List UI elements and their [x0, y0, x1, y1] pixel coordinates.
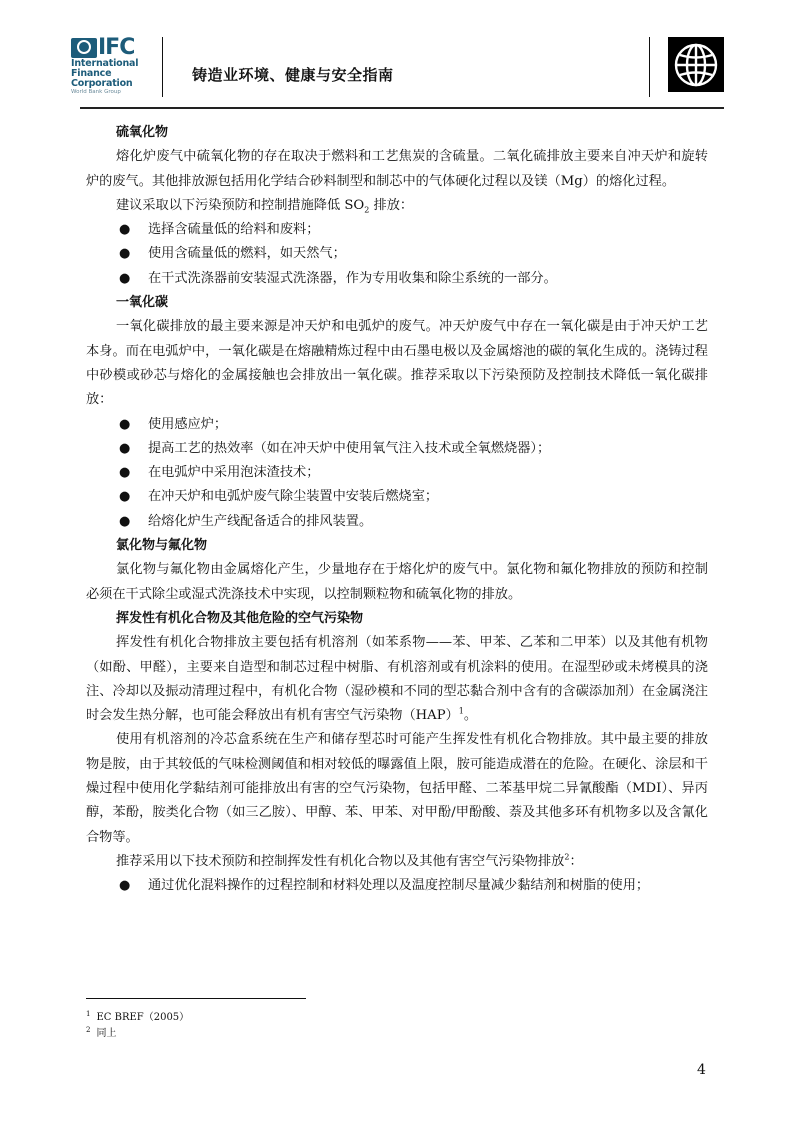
page-header: IFC International Finance Corporation Wo…: [0, 0, 793, 110]
list-item-text: 在冲天炉和电弧炉废气除尘装置中安装后燃烧室；: [148, 489, 438, 504]
footnote-mark: 2: [86, 1026, 90, 1034]
list-item: ●通过优化混料操作的过程控制和材料处理以及温度控制尽量减少黏结剂和树脂的使用；: [86, 874, 708, 898]
bullet-icon: ●: [119, 461, 130, 485]
footnote-separator: [86, 998, 306, 999]
footnote-2: 2同上: [86, 1026, 189, 1042]
list-item-text: 使用含硫量低的燃料，如天然气；: [148, 246, 346, 261]
paragraph-intro: 建议采取以下污染预防和控制措施降低 SO2 排放：: [86, 194, 708, 218]
paragraph: 挥发性有机化合物排放主要包括有机溶剂（如苯系物——苯、甲苯、乙苯和二甲苯）以及其…: [86, 631, 708, 728]
bullet-icon: ●: [119, 874, 130, 898]
ifc-line-3: Corporation: [71, 79, 143, 89]
paragraph-end: ：: [569, 854, 582, 869]
paragraph: 使用有机溶剂的冷芯盒系统在生产和储存型芯时可能产生挥发性有机化合物排放。其中最主…: [86, 728, 708, 849]
section-heading-sulfur-oxides: 硫氧化物: [86, 121, 708, 145]
list-item: ●给熔化炉生产线配备适合的排风装置。: [86, 510, 708, 534]
footnote-text: 同上: [96, 1028, 116, 1039]
paragraph: 熔化炉废气中硫氧化物的存在取决于燃料和工艺焦炭的含硫量。二氧化硫排放主要来自冲天…: [86, 145, 708, 194]
page-number: 4: [697, 1062, 706, 1078]
list-item-text: 选择含硫量低的给料和废料；: [148, 222, 319, 237]
header-divider-right: [649, 37, 650, 97]
ifc-letters: IFC: [98, 38, 134, 58]
list-item: ●在电弧炉中采用泡沫渣技术；: [86, 461, 708, 485]
document-body: 硫氧化物 熔化炉废气中硫氧化物的存在取决于燃料和工艺焦炭的含硫量。二氧化硫排放主…: [86, 121, 708, 899]
list-item: ●提高工艺的热效率（如在冲天炉中使用氧气注入技术或全氧燃烧器）；: [86, 437, 708, 461]
paragraph: 推荐采用以下技术预防和控制挥发性有机化合物以及其他有害空气污染物排放2：: [86, 850, 708, 874]
list-item: ●使用含硫量低的燃料，如天然气；: [86, 242, 708, 266]
ifc-subline: World Bank Group: [71, 89, 143, 96]
list-item-text: 在电弧炉中采用泡沫渣技术；: [148, 465, 319, 480]
list-item: ●使用感应炉；: [86, 413, 708, 437]
list-item-text: 通过优化混料操作的过程控制和材料处理以及温度控制尽量减少黏结剂和树脂的使用；: [148, 878, 649, 893]
list-item-text: 在干式洗涤器前安装湿式洗涤器，作为专用收集和除尘系统的一部分。: [148, 271, 557, 286]
section-heading-carbon-monoxide: 一氧化碳: [86, 291, 708, 315]
section-heading-vocs: 挥发性有机化合物及其他危险的空气污染物: [86, 607, 708, 631]
world-bank-globe-icon: [668, 37, 724, 92]
list-item: ●在干式洗涤器前安装湿式洗涤器，作为专用收集和除尘系统的一部分。: [86, 267, 708, 291]
header-divider-left: [162, 37, 163, 97]
intro-text-end: 排放：: [369, 198, 413, 213]
footnote-mark: 1: [86, 1010, 90, 1018]
footnotes: 1EC BREF（2005） 2同上: [86, 1010, 189, 1042]
bullet-icon: ●: [119, 510, 130, 534]
section-heading-chlorides-fluorides: 氯化物与氟化物: [86, 534, 708, 558]
footnote-text: EC BREF（2005）: [96, 1012, 189, 1023]
list-item: ●在冲天炉和电弧炉废气除尘装置中安装后燃烧室；: [86, 485, 708, 509]
bullet-icon: ●: [119, 218, 130, 242]
paragraph-end: 。: [464, 708, 477, 723]
paragraph-text: 推荐采用以下技术预防和控制挥发性有机化合物以及其他有害空气污染物排放: [116, 854, 564, 869]
bullet-icon: ●: [119, 242, 130, 266]
bullet-icon: ●: [119, 413, 130, 437]
intro-text: 建议采取以下污染预防和控制措施降低 SO: [116, 198, 364, 213]
list-item: ●选择含硫量低的给料和废料；: [86, 218, 708, 242]
footnote-1: 1EC BREF（2005）: [86, 1010, 189, 1026]
list-item-text: 给熔化炉生产线配备适合的排风装置。: [148, 514, 372, 529]
header-rule: [80, 107, 724, 109]
list-item-text: 使用感应炉；: [148, 417, 227, 432]
bullet-icon: ●: [119, 267, 130, 291]
paragraph-text: 挥发性有机化合物排放主要包括有机溶剂（如苯系物——苯、甲苯、乙苯和二甲苯）以及其…: [86, 635, 708, 723]
paragraph: 氯化物与氟化物由金属熔化产生，少量地存在于熔化炉的废气中。氯化物和氟化物排放的预…: [86, 558, 708, 607]
ifc-globe-icon: [71, 38, 97, 58]
list-item-text: 提高工艺的热效率（如在冲天炉中使用氧气注入技术或全氧燃烧器）；: [148, 441, 550, 456]
paragraph: 一氧化碳排放的最主要来源是冲天炉和电弧炉的废气。冲天炉废气中存在一氧化碳是由于冲…: [86, 315, 708, 412]
document-title: 铸造业环境、健康与安全指南: [192, 64, 394, 85]
bullet-icon: ●: [119, 437, 130, 461]
bullet-icon: ●: [119, 485, 130, 509]
ifc-logo: IFC International Finance Corporation Wo…: [71, 37, 143, 95]
